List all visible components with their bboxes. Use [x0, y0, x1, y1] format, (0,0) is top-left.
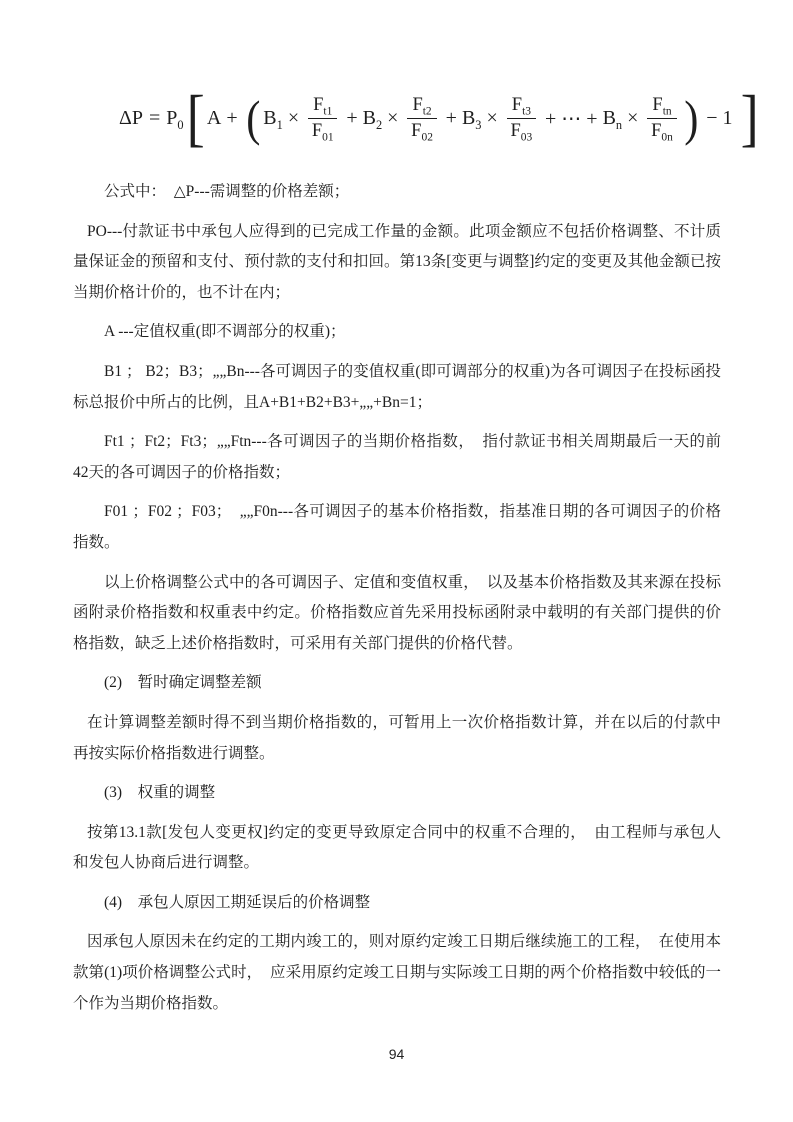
document-content: ΔP = P0 [ A + ( B1 × Ft1 F01 + B2 × Ft2: [0, 0, 793, 1019]
para-ft-definition: Ft1 ；Ft2；Ft3；„„Ftn---各可调因子的当期价格指数， 指付款证书…: [73, 427, 721, 488]
para-weight-adjustment: 按第13.1款[发包人变更权]约定的变更导致原定合同中的权重不合理的， 由工程师…: [73, 818, 721, 879]
fraction: Ft2 F02: [407, 94, 436, 141]
para-provisional-adjustment: 在计算调整差额时得不到当期价格指数的，可暂用上一次价格指数计算，并在以后的付款中…: [73, 708, 721, 769]
para-delay-price-adjustment: 因承包人原因未在约定的工期内竣工的，则对原约定竣工日期后继续施工的工程， 在使用…: [73, 927, 721, 1019]
page-number: 94: [0, 1046, 793, 1062]
para-a-definition: A ---定值权重(即不调部分的权重)；: [73, 317, 721, 348]
fraction: Ft1 F01: [308, 94, 337, 141]
para-index-source: 以上价格调整公式中的各可调因子、定值和变值权重， 以及基本价格指数及其来源在投标…: [73, 568, 721, 660]
formula-plus: +: [226, 107, 237, 130]
formula-open-paren: (: [246, 93, 260, 143]
formula-a-term: A: [207, 107, 221, 130]
formula-term-3: B3 × Ft3 F03: [462, 94, 540, 141]
formula-delta-p: ΔP: [119, 107, 143, 130]
document-page: ΔP = P0 [ A + ( B1 × Ft1 F01 + B2 × Ft2: [0, 0, 793, 1122]
para-b-definition: B1 ； B2；B3；„„Bn---各可调因子的变值权重(即可调部分的权重)为各…: [73, 357, 721, 418]
para-p0-definition: PO---付款证书中承包人应得到的已完成工作量的金额。此项金额应不包括价格调整、…: [73, 217, 721, 309]
item-4-heading: (4) 承包人原因工期延误后的价格调整: [73, 888, 721, 919]
formula-plus: +: [346, 107, 357, 130]
fraction: Ftn F0n: [647, 94, 676, 141]
para-formula-legend-dp: 公式中： △P---需调整的价格差额；: [73, 177, 721, 208]
formula-term-n: Bn × Ftn F0n: [603, 94, 681, 141]
price-adjustment-formula: ΔP = P0 [ A + ( B1 × Ft1 F01 + B2 × Ft2: [119, 84, 721, 152]
formula-close-bracket: ]: [740, 86, 758, 150]
item-2-heading: (2) 暂时确定调整差额: [73, 668, 721, 699]
formula-close-paren: ): [684, 93, 698, 143]
item-3-heading: (3) 权重的调整: [73, 778, 721, 809]
formula-p0: P0: [166, 107, 183, 130]
formula-minus-one: − 1: [706, 107, 732, 130]
formula-term-1: B1 × Ft1 F01: [263, 94, 341, 141]
formula-term-2: B2 × Ft2 F02: [363, 94, 441, 141]
para-f0-definition: F01 ；F02 ；F03； „„F0n---各可调因子的基本价格指数，指基准日…: [73, 497, 721, 558]
formula-ellipsis: + ⋯ +: [545, 106, 598, 131]
formula-equals: =: [149, 107, 160, 130]
formula-open-bracket: [: [186, 86, 204, 150]
formula-plus: +: [446, 107, 457, 130]
fraction: Ft3 F03: [507, 94, 536, 141]
